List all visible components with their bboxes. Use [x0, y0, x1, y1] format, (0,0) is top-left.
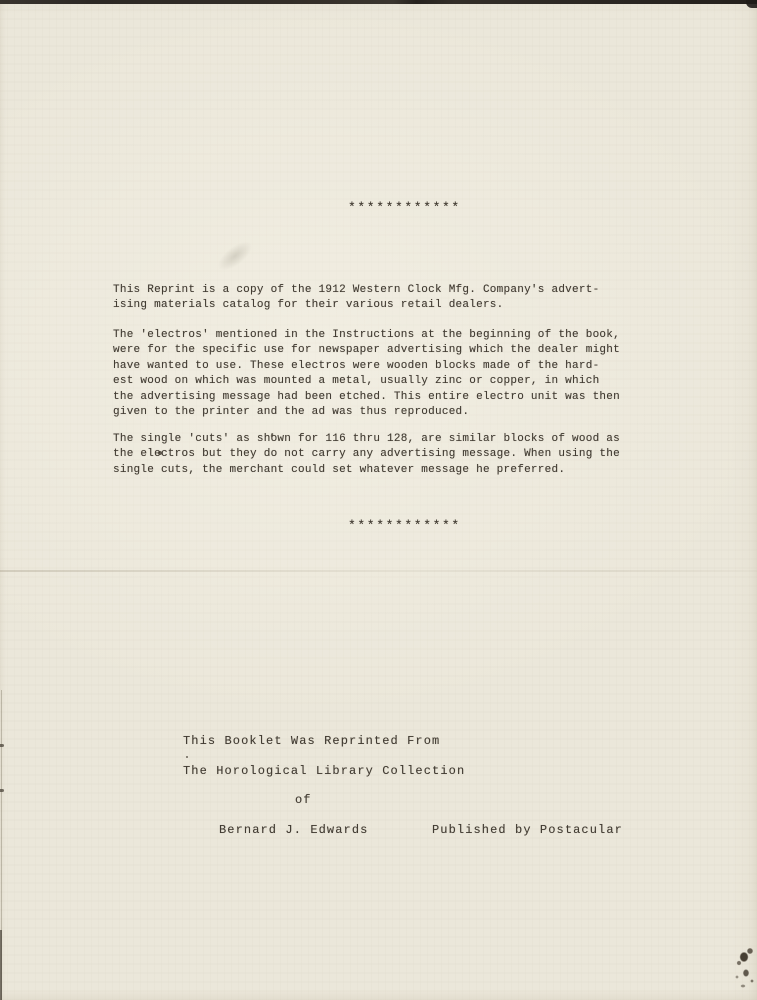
- ink-blot: [731, 942, 757, 992]
- paragraph-electros: The 'electros' mentioned in the Instruct…: [113, 328, 633, 420]
- paragraph-reprint-intro: This Reprint is a copy of the 1912 Weste…: [113, 283, 625, 314]
- margin-speck: [0, 744, 4, 747]
- scan-edge-top-strip: [0, 0, 757, 4]
- colophon-line-of: of: [295, 793, 312, 807]
- colophon-line-reprinted-from: This Booklet Was Reprinted From: [183, 734, 440, 748]
- stray-period-speck: [186, 756, 188, 758]
- paper-fold-line: [0, 570, 757, 572]
- scanned-document-page: ************ This Reprint is a copy of t…: [0, 0, 757, 1000]
- colophon-line-collection: The Horological Library Collection: [183, 764, 465, 778]
- asterisk-separator-top: ************: [348, 200, 461, 215]
- scan-edge-left-dark-line: [0, 930, 2, 1000]
- colophon-author: Bernard J. Edwards: [219, 823, 368, 837]
- asterisk-separator-bottom: ************: [348, 518, 461, 533]
- paper-smudge: [199, 222, 271, 290]
- margin-speck: [0, 789, 4, 792]
- colophon-publisher: Published by Postacular: [432, 823, 623, 837]
- paragraph-single-cuts: The single 'cuts' as shown for 116 thru …: [113, 432, 635, 478]
- scan-edge-top-right-blob: [746, 0, 757, 8]
